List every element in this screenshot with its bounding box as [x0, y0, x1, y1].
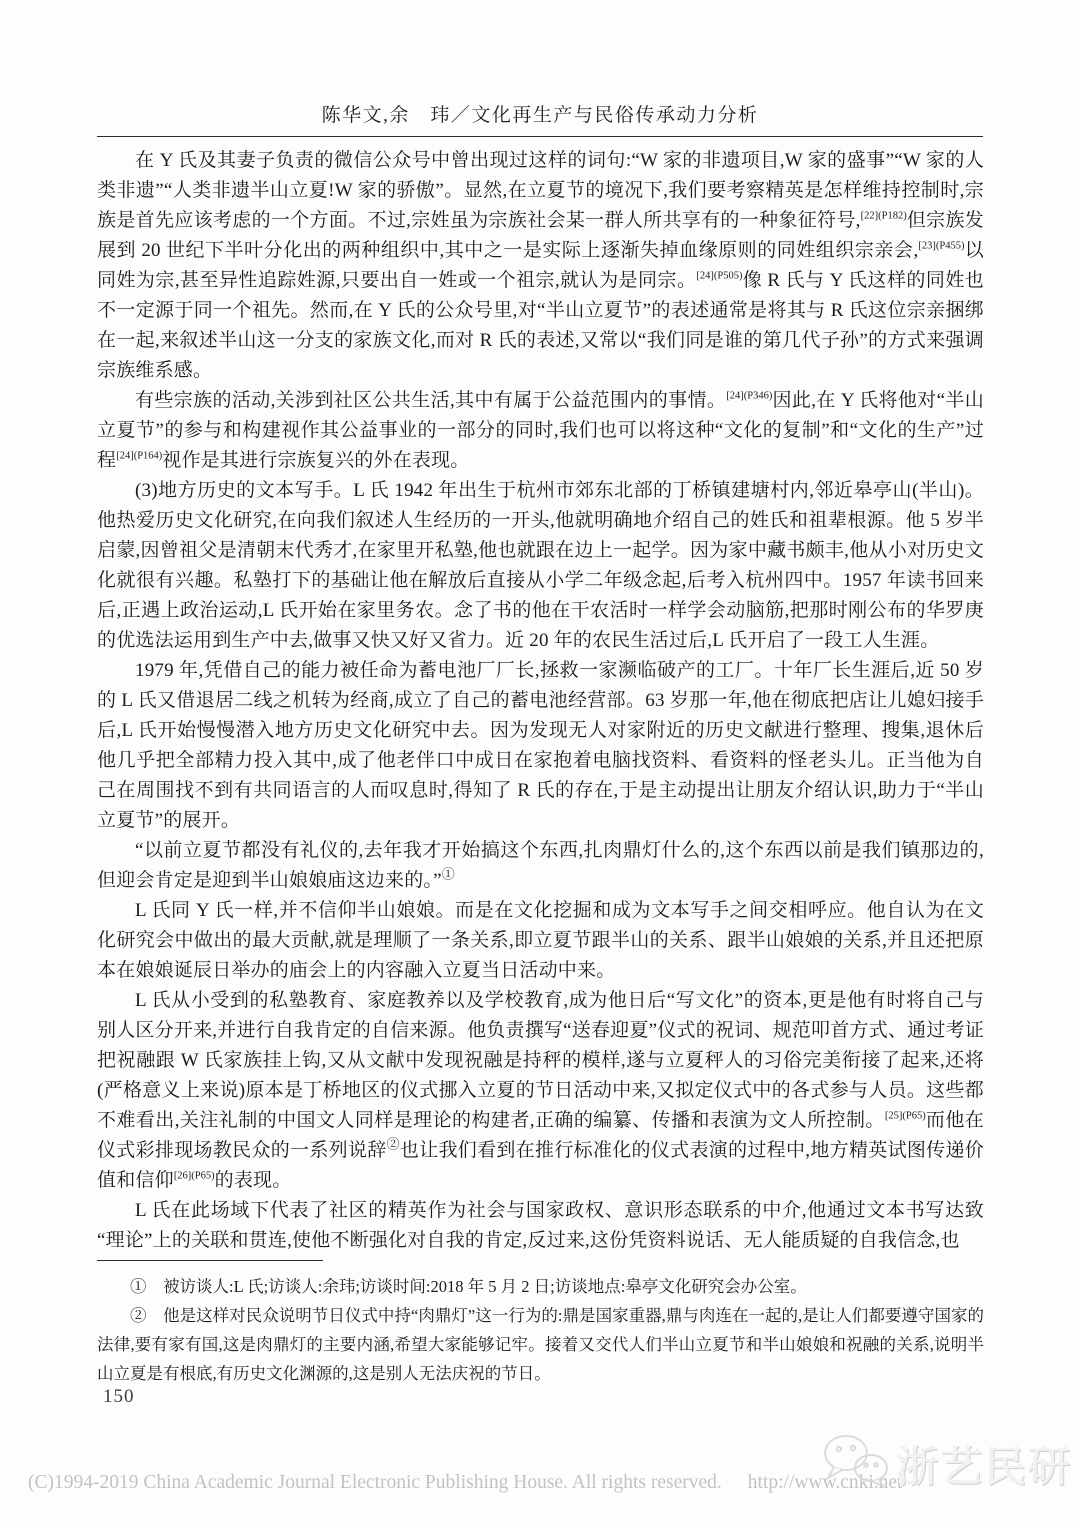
- text-run: 视作是其进行宗族复兴的外在表现。: [162, 450, 469, 471]
- running-header-title: 陈华文,余 玮／文化再生产与民俗传承动力分析: [97, 100, 983, 127]
- citation-superscript: [24](P505): [696, 271, 742, 282]
- paragraph: 在 Y 氏及其妻子负责的微信公众号中曾出现过这样的词句:“W 家的非遗项目,W …: [97, 146, 984, 386]
- document-page: 陈华文,余 玮／文化再生产与民俗传承动力分析 在 Y 氏及其妻子负责的微信公众号…: [0, 0, 1080, 1527]
- text-run: 1979 年,凭借自己的能力被任命为蓄电池厂厂长,拯救一家濒临破产的工厂。十年厂…: [97, 660, 984, 831]
- text-run: ① 被访谈人:L 氏;访谈人:余玮;访谈时间:2018 年 5 月 2 日;访谈…: [130, 1277, 807, 1296]
- text-run: 的表现。: [215, 1170, 292, 1191]
- page-header: 陈华文,余 玮／文化再生产与民俗传承动力分析: [97, 100, 983, 137]
- header-rule: [97, 136, 983, 137]
- footnote-item: ① 被访谈人:L 氏;访谈人:余玮;访谈时间:2018 年 5 月 2 日;访谈…: [97, 1272, 984, 1301]
- text-run: “以前立夏节都没有礼仪的,去年我才开始搞这个东西,扎肉鼎灯什么的,这个东西以前是…: [97, 840, 984, 891]
- wechat-icon: [820, 1432, 892, 1495]
- footnote-item: ② 他是这样对民众说明节日仪式中持“肉鼎灯”这一行为的:鼎是国家重器,鼎与肉连在…: [97, 1301, 984, 1388]
- text-run: L 氏同 Y 氏一样,并不信仰半山娘娘。而是在文化挖掘和成为文本写手之间交相呼应…: [97, 900, 984, 981]
- text-run: ② 他是这样对民众说明节日仪式中持“肉鼎灯”这一行为的:鼎是国家重器,鼎与肉连在…: [97, 1306, 984, 1383]
- citation-superscript: [24](P164): [116, 451, 162, 462]
- text-run: (3)地方历史的文本写手。L 氏 1942 年出生于杭州市郊东北部的丁桥镇建塘村…: [97, 480, 984, 651]
- paragraph: (3)地方历史的文本写手。L 氏 1942 年出生于杭州市郊东北部的丁桥镇建塘村…: [97, 476, 984, 656]
- footnote-marker: ①: [442, 867, 455, 882]
- paragraph: 有些宗族的活动,关涉到社区公共生活,其中有属于公益范围内的事情。[24](P34…: [97, 386, 984, 476]
- text-run: L 氏从小受到的私塾教育、家庭教养以及学校教育,成为他日后“写文化”的资本,更是…: [97, 990, 984, 1131]
- citation-superscript: [22](P182): [861, 211, 907, 222]
- watermark-text: 浙艺民研: [896, 1434, 1072, 1494]
- citation-superscript: [24](P346): [726, 391, 772, 402]
- copyright-text: (C)1994-2019 China Academic Journal Elec…: [28, 1472, 722, 1493]
- text-run: 在 Y 氏及其妻子负责的微信公众号中曾出现过这样的词句:“W 家的非遗项目,W …: [97, 150, 984, 231]
- footnote-marker: ②: [387, 1137, 400, 1152]
- paragraph: L 氏在此场域下代表了社区的精英作为社会与国家政权、意识形态联系的中介,他通过文…: [97, 1196, 984, 1256]
- paragraph: L 氏从小受到的私塾教育、家庭教养以及学校教育,成为他日后“写文化”的资本,更是…: [97, 986, 984, 1196]
- text-run: 有些宗族的活动,关涉到社区公共生活,其中有属于公益范围内的事情。: [135, 390, 726, 411]
- watermark: 浙艺民研: [820, 1432, 1072, 1495]
- paragraph: L 氏同 Y 氏一样,并不信仰半山娘娘。而是在文化挖掘和成为文本写手之间交相呼应…: [97, 896, 984, 986]
- footnotes-section: ① 被访谈人:L 氏;访谈人:余玮;访谈时间:2018 年 5 月 2 日;访谈…: [97, 1272, 984, 1388]
- footnote-separator: [97, 1260, 323, 1261]
- text-run: L 氏在此场域下代表了社区的精英作为社会与国家政权、意识形态联系的中介,他通过文…: [97, 1200, 984, 1251]
- page-number: 150: [103, 1386, 135, 1408]
- citation-superscript: [26](P65): [174, 1171, 215, 1182]
- citation-superscript: [25](P65): [885, 1111, 926, 1122]
- article-body: 在 Y 氏及其妻子负责的微信公众号中曾出现过这样的词句:“W 家的非遗项目,W …: [97, 146, 984, 1256]
- quote-paragraph: “以前立夏节都没有礼仪的,去年我才开始搞这个东西,扎肉鼎灯什么的,这个东西以前是…: [97, 836, 984, 896]
- paragraph: 1979 年,凭借自己的能力被任命为蓄电池厂厂长,拯救一家濒临破产的工厂。十年厂…: [97, 656, 984, 836]
- citation-superscript: [23](P455): [918, 241, 964, 252]
